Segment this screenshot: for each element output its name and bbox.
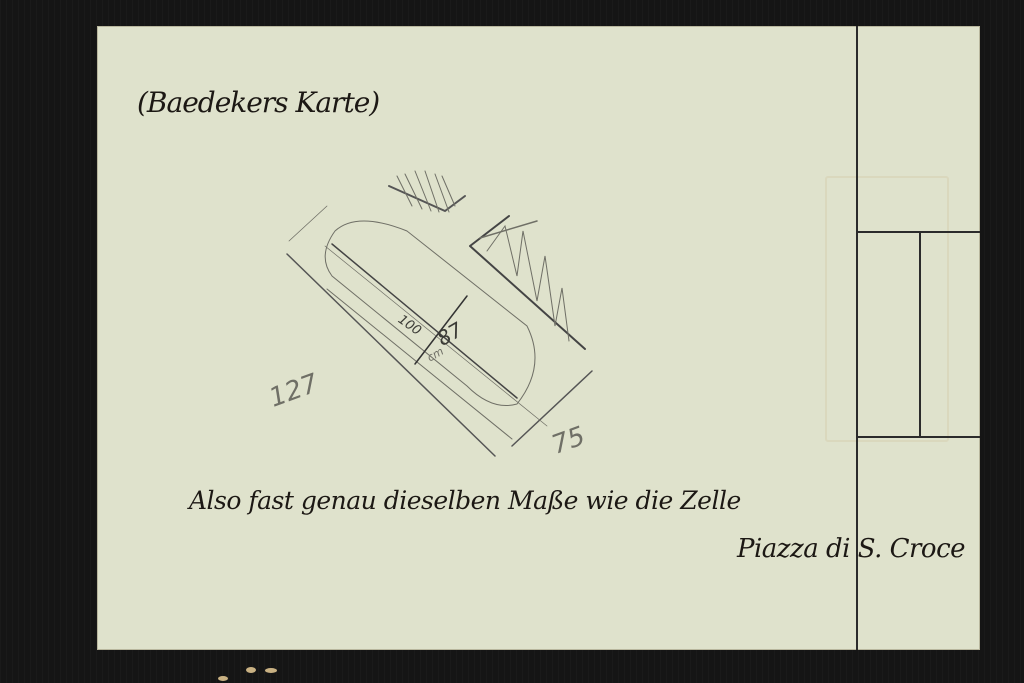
postcard-paper: (Baedekers Karte) 127 75 100 cm 87 Al <box>97 26 980 650</box>
paint-speck <box>265 668 277 673</box>
paint-speck <box>218 676 228 681</box>
caption-text: Also fast genau dieselben Maße wie die Z… <box>189 486 741 515</box>
place-name: Piazza di S. Croce <box>737 534 965 564</box>
paint-speck <box>246 667 256 673</box>
